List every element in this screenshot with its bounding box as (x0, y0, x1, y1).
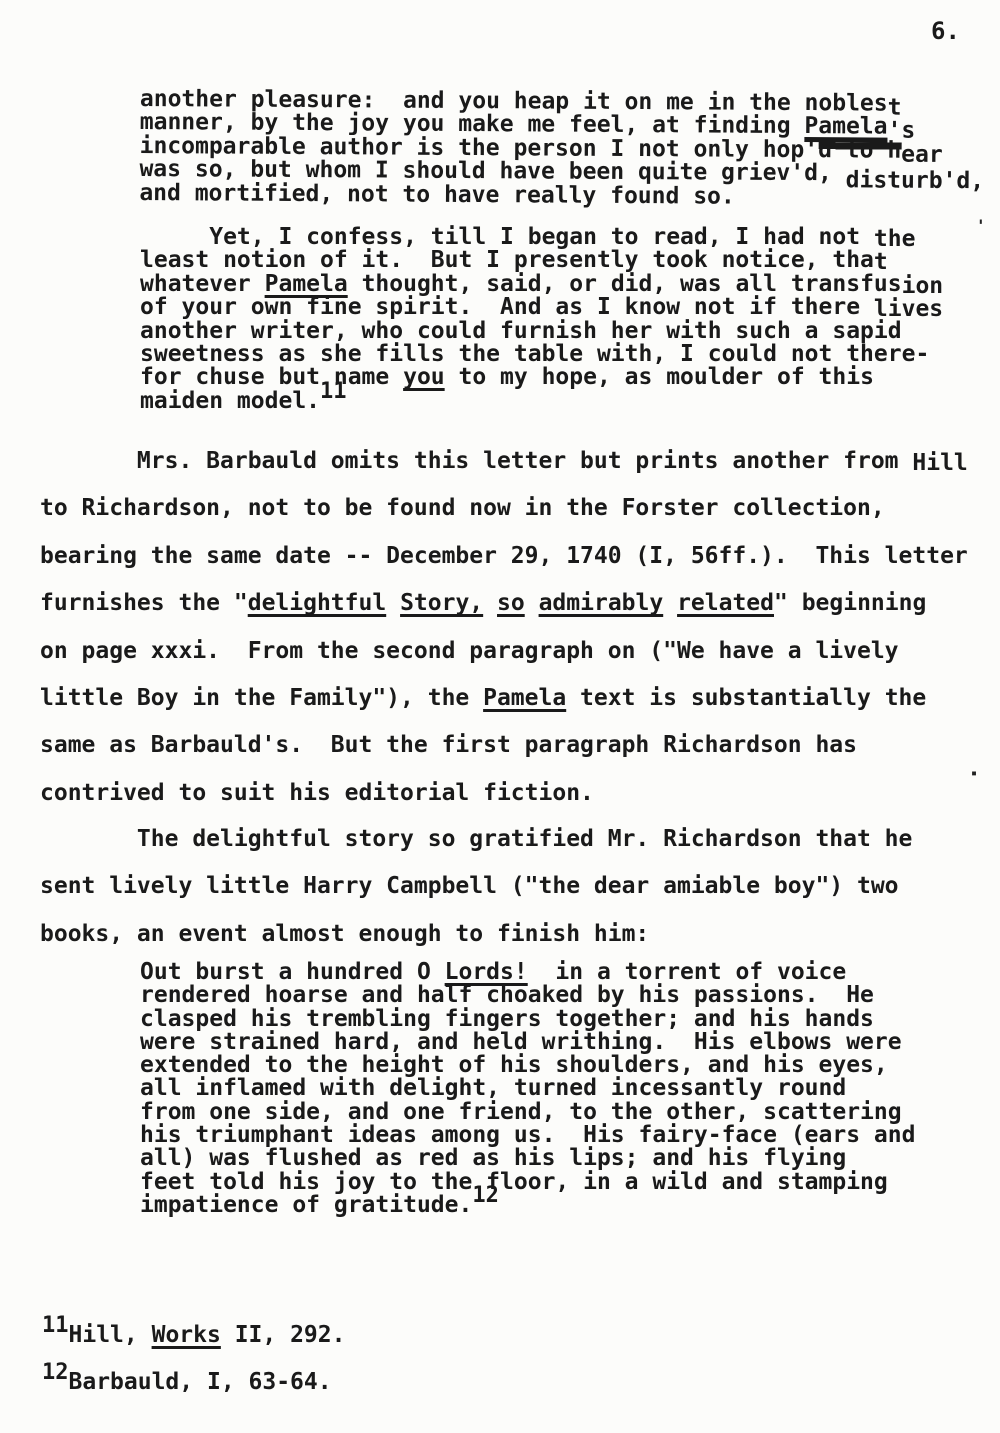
text-segment (483, 590, 497, 616)
footnotes: 11Hill, Works II, 292.12Barbauld, I, 63-… (42, 1312, 345, 1406)
text-segment: " beginning (774, 590, 926, 616)
text-segment: II, 292. (221, 1322, 346, 1348)
text-segment: his triumphant ideas among us. His fairy… (140, 1122, 915, 1148)
underlined-text: Story, (400, 590, 483, 616)
text-segment: least notion of it. But I presently took… (140, 247, 874, 273)
typescript-page: 6. another pleasure: and you heap it on … (0, 0, 1000, 1433)
text-segment: to my hope, as moulder of this (445, 364, 874, 390)
text-line: little Boy in the Family"), the Pamela t… (40, 675, 968, 722)
text-segment: Mrs. Barbauld omits this letter but prin… (40, 448, 912, 474)
text-segment: furnishes the " (40, 590, 248, 616)
page-number: 6. (931, 16, 960, 46)
text-line: rendered hoarse and half choaked by his … (140, 984, 915, 1007)
underlined-text: Works (152, 1322, 221, 1348)
underlined-text: you (403, 364, 445, 390)
text-segment: impatience of gratitude. (140, 1192, 472, 1218)
text-line: Yet, I confess, till I began to read, I … (140, 226, 943, 249)
text-segment: ear (901, 141, 943, 167)
text-segment: same as Barbauld's. But the first paragr… (40, 732, 857, 758)
underlined-text: admirably (539, 590, 664, 616)
text-line: for chuse but name you to my hope, as mo… (140, 366, 943, 389)
text-segment: clasped his trembling fingers together; … (140, 1006, 874, 1032)
text-line: maiden model.11 (140, 390, 943, 413)
text-segment: rendered hoarse and half choaked by his … (140, 982, 874, 1008)
text-segment: thought, said, or did, was all transfus (348, 271, 902, 297)
text-segment: disturb'd, (846, 168, 985, 195)
text-segment: Hill (912, 450, 967, 476)
blockquote-hill-letter-part2: Yet, I confess, till I began to read, I … (140, 226, 943, 413)
text-line: were strained hard, and held writhing. H… (140, 1031, 915, 1054)
text-line: of your own fine spirit. And as I know n… (140, 296, 943, 319)
text-segment: to Richardson, not to be found now in th… (40, 495, 885, 521)
scan-speck: ▪ (971, 768, 977, 779)
text-line: clasped his trembling fingers together; … (140, 1008, 915, 1031)
text-segment (386, 590, 400, 616)
text-segment: little Boy in the Family"), the (40, 685, 483, 711)
text-line: books, an event almost enough to finish … (40, 911, 912, 958)
text-segment: from one side, and one friend, to the ot… (140, 1099, 902, 1125)
underlined-text: Pamela (265, 271, 348, 297)
text-segment: Hill, (69, 1322, 152, 1348)
text-line: same as Barbauld's. But the first paragr… (40, 722, 968, 769)
text-segment: 's (887, 118, 915, 144)
text-line: all) was flushed as red as his lips; and… (140, 1147, 915, 1170)
underlined-text: related (677, 590, 774, 616)
blockquote-hill-letter-part1: another pleasure: and you heap it on me … (139, 88, 984, 210)
footnote-marker: 12 (472, 1183, 499, 1208)
text-line: least notion of it. But I presently took… (140, 249, 943, 272)
footnote-marker: 11 (42, 1313, 69, 1338)
text-segment: all inflamed with delight, turned incess… (140, 1075, 846, 1101)
text-line: contrived to suit his editorial fiction. (40, 770, 968, 817)
text-segment: on page xxxi. From the second paragraph … (40, 638, 899, 664)
text-segment: for chuse but name (140, 364, 403, 390)
text-line: 11Hill, Works II, 292. (42, 1312, 345, 1359)
text-segment: of your own fine spirit. And as I know n… (140, 294, 874, 320)
text-line: furnishes the "delightful Story, so admi… (40, 580, 968, 627)
text-segment: another writer, who could furnish her wi… (140, 318, 902, 344)
text-line: feet told his joy to the floor, in a wil… (140, 1171, 915, 1194)
text-line: The delightful story so gratified Mr. Ri… (40, 816, 912, 863)
text-line: from one side, and one friend, to the ot… (140, 1101, 915, 1124)
text-segment: whatever (140, 271, 265, 297)
underlined-text: so (497, 590, 525, 616)
text-segment: ion (902, 273, 944, 299)
text-segment: text is substantially the (566, 685, 926, 711)
text-segment: extended to the height of his shoulders,… (140, 1052, 888, 1078)
text-line: 12Barbauld, I, 63-64. (42, 1359, 345, 1406)
text-segment: The delightful story so gratified Mr. Ri… (40, 826, 912, 852)
text-segment: feet told his joy to the floor, in a wil… (140, 1169, 888, 1195)
text-line: Out burst a hundred O Lords! in a torren… (140, 961, 915, 984)
blockquote-harry-reaction: Out burst a hundred O Lords! in a torren… (140, 961, 915, 1217)
text-segment: were strained hard, and held writhing. H… (140, 1029, 902, 1055)
scan-speck: ' (976, 216, 986, 235)
text-segment: contrived to suit his editorial fiction. (40, 780, 594, 806)
text-line: all inflamed with delight, turned incess… (140, 1077, 915, 1100)
text-line: whatever Pamela thought, said, or did, w… (140, 273, 943, 296)
text-segment: Yet, I confess, till I began to read, I … (140, 224, 874, 250)
text-segment: lives (874, 296, 943, 322)
text-line: another writer, who could furnish her wi… (140, 320, 943, 343)
paragraph-harry-campbell: The delightful story so gratified Mr. Ri… (40, 816, 912, 958)
text-segment: t (874, 249, 888, 275)
text-segment: Out burst a hundred O (140, 959, 445, 985)
text-line: Mrs. Barbauld omits this letter but prin… (40, 438, 968, 485)
text-segment: maiden model. (140, 388, 320, 414)
underlined-text: Lords! (445, 959, 528, 985)
text-segment: sent lively little Harry Campbell ("the … (40, 873, 899, 899)
text-line: on page xxxi. From the second paragraph … (40, 628, 968, 675)
text-line: bearing the same date -- December 29, 17… (40, 533, 968, 580)
text-line: impatience of gratitude.12 (140, 1194, 915, 1217)
footnote-marker: 12 (42, 1360, 69, 1385)
text-segment: sweetness as she fills the table with, I… (140, 341, 929, 367)
text-line: to Richardson, not to be found now in th… (40, 485, 968, 532)
text-segment: Barbauld, I, 63-64. (69, 1369, 332, 1395)
text-segment: in a torrent of voice (528, 959, 847, 985)
underlined-text: delightful (248, 590, 386, 616)
text-line: his triumphant ideas among us. His fairy… (140, 1124, 915, 1147)
footnote-marker: 11 (320, 379, 347, 404)
text-segment: books, an event almost enough to finish … (40, 921, 649, 947)
text-segment: bearing the same date -- December 29, 17… (40, 543, 968, 569)
text-segment: all) was flushed as red as his lips; and… (140, 1145, 846, 1171)
paragraph-barbauld-letter: Mrs. Barbauld omits this letter but prin… (40, 438, 968, 817)
text-line: sent lively little Harry Campbell ("the … (40, 863, 912, 910)
text-segment: and mortified, not to have really found … (139, 180, 735, 210)
text-segment (663, 590, 677, 616)
text-line: sweetness as she fills the table with, I… (140, 343, 943, 366)
underlined-text: Pamela (483, 685, 566, 711)
text-segment (525, 590, 539, 616)
text-line: extended to the height of his shoulders,… (140, 1054, 915, 1077)
